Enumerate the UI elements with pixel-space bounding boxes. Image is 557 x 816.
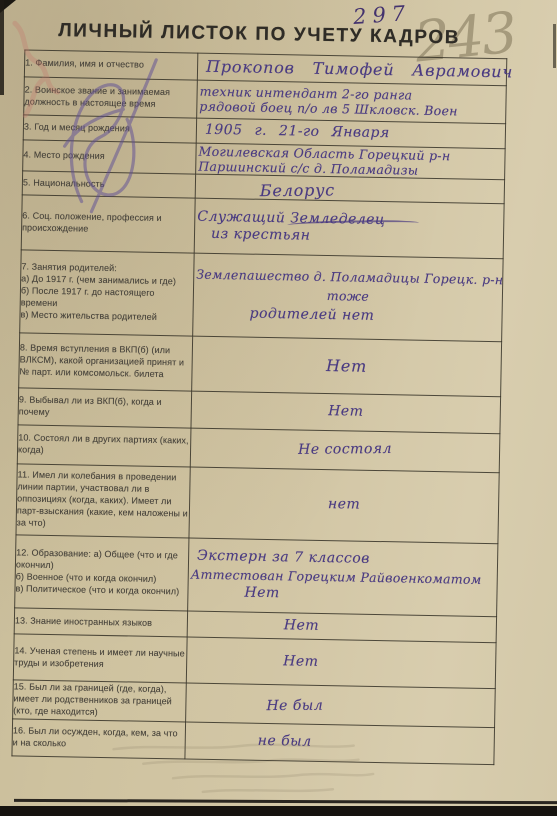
paper-sheet: 297 243 ЛИЧНЫЙ ЛИСТОК ПО УЧЕТУ КАДРОВ 1.… [0,0,557,816]
row-label: 5. Национальность [22,171,195,198]
row-label: 6. Соц. положение, профессия и происхожд… [21,195,195,253]
handwritten-answer: Белорус [260,179,504,199]
row-label: 1. Фамилия, имя и отчество [24,50,197,80]
row-answer: не был [185,722,495,765]
row-answer: Не состоял [190,428,500,473]
handwritten-answer: Не был [266,697,494,715]
scan-edge-bottom-band [0,806,557,816]
row-label: 14. Ученая степень и имеет ли научные тр… [13,634,187,683]
handwritten-answer: родителей нет [249,307,501,327]
handwritten-answer: не был [258,734,494,754]
handwritten-answer: Аттестован Горецким Райвоенкоматом [191,568,497,588]
row-label: 3. Год и месяц рождения [23,115,196,143]
row-label: 12. Образование: а) Общее (что и где око… [15,535,189,611]
handwritten-answer: Нет [244,586,496,606]
row-label: 16. Был ли осужден, когда, кем, за что и… [12,719,186,759]
form-row: 7. Занятия родителей: а) До 1917 г. (чем… [20,250,503,342]
row-answer: Нет [191,391,501,434]
scan-edge-left-strip [0,0,4,95]
row-label: 4. Место рождения [23,140,197,174]
row-answer: Не был [186,683,496,728]
row-label: 10. Состоял ли в других партиях (каких, … [17,425,191,467]
row-label: 2. Воинское звание и занимаемая должност… [24,77,198,118]
handwritten-answer: нет [328,497,361,513]
form-row: 6. Соц. положение, профессия и происхожд… [21,195,504,259]
row-answer: Землепашество д. Поламадицы Горецк. р-н … [193,253,503,342]
scan-edge-right-strip [553,24,556,68]
row-label: 13. Знание иностранных языков [14,608,187,637]
row-label: 9. Выбывал ли из ВКП(б), когда и почему [18,388,192,428]
form-row: 8. Время вступления в ВКП(б) (или ВЛКСМ)… [19,333,502,397]
row-answer: Нет [186,637,496,689]
handwritten-answer: Нет [283,654,495,674]
row-answer: нет [189,467,499,544]
handwritten-answer: Нет [326,357,367,376]
row-label: 11. Имел ли колебания в проведении линии… [16,464,190,538]
form-row: 11. Имел ли колебания в проведении линии… [16,464,499,544]
row-answer: Нет [192,336,502,397]
handwritten-answer: Нет [284,618,496,638]
answer-word-struck: Земледелец [290,211,385,228]
handwritten-answer: Землепашество д. Поламадицы Горецк. р-н [196,268,502,288]
row-answer: Экстерн за 7 классов Аттестован Горецким… [188,538,498,617]
scanned-document: 297 243 ЛИЧНЫЙ ЛИСТОК ПО УЧЕТУ КАДРОВ 1.… [0,0,557,816]
row-label: 15. Был ли за границей (где, когда), име… [13,680,187,722]
row-answer: Служащий Земледелец из крестьян [194,198,504,259]
handwritten-answer: 1905 г. 21-го Января [205,123,505,144]
row-answer: техник интендант 2-го ранга рядовой боец… [197,80,507,124]
row-answer: Могилевская Область Горецкий р-н Паршинс… [196,143,506,180]
handwritten-answer: Нет [328,404,364,420]
form-row: 12. Образование: а) Общее (что и где око… [15,535,498,617]
answer-word: Служащий [197,208,285,226]
handwritten-answer: Не состоял [298,442,392,459]
row-label: 8. Время вступления в ВКП(б) (или ВЛКСМ)… [19,333,193,391]
personnel-form-table: 1. Фамилия, имя и отчество Прокопов Тимо… [11,49,507,765]
handwritten-answer: Прокопов Тимофей Аврамович [206,58,506,81]
form-row: 16. Был ли осужден, когда, кем, за что и… [12,719,495,765]
row-label: 7. Занятия родителей: а) До 1917 г. (чем… [20,250,194,336]
handwritten-answer: тоже [327,289,369,304]
